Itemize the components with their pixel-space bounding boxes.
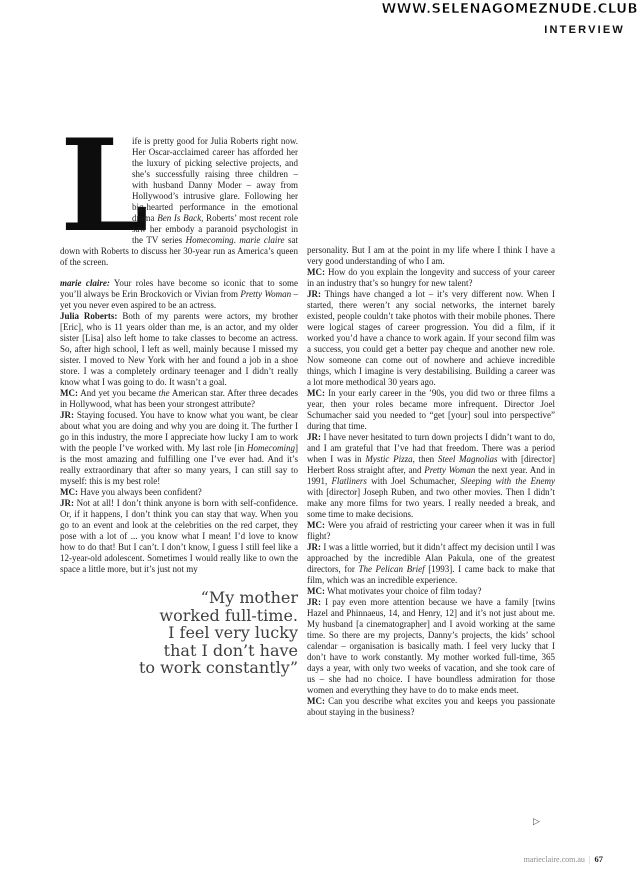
text-segment: Flatliners: [331, 476, 367, 486]
text-segment: I pay even more attention because we hav…: [307, 597, 555, 695]
text-segment: The Pelican Brief: [358, 564, 424, 574]
text-segment: Julia Roberts:: [60, 311, 117, 321]
text-segment: MC:: [60, 487, 78, 497]
text-segment: Steel Magnolias: [438, 454, 498, 464]
text-segment: Both of my parents were actors, my broth…: [60, 311, 298, 387]
text-segment: ife is pretty good for Julia Roberts rig…: [132, 136, 298, 223]
text-segment: JR:: [307, 289, 321, 299]
text-segment: Homecoming: [186, 235, 234, 245]
footer-site: marieclaire.com.au: [524, 855, 585, 864]
text-segment: Pretty Woman: [424, 465, 475, 475]
pull-quote-line: worked full-time.: [60, 607, 298, 625]
intro-paragraph: Life is pretty good for Julia Roberts ri…: [60, 136, 298, 268]
text-segment: Mystic Pizza: [365, 454, 412, 464]
text-segment: Sleeping with the Enemy: [461, 476, 556, 486]
qa-left: marie claire: Your roles have become so …: [60, 278, 298, 575]
body-paragraph: MC: Have you always been confident?: [60, 487, 298, 498]
watermark-text: WWW.SELENAGOMEZNUDE.CLUB: [381, 1, 638, 17]
pull-quote-line: that I don’t have: [60, 642, 298, 660]
body-paragraph: JR: I was a little worried, but it didn’…: [307, 542, 555, 586]
body-paragraph: personality. But I am at the point in my…: [307, 245, 555, 267]
body-paragraph: JR: Staying focused. You have to know wh…: [60, 410, 298, 487]
text-segment: Can you describe what excites you and ke…: [307, 696, 555, 717]
text-segment: MC:: [60, 388, 78, 398]
body-paragraph: JR: I pay even more attention because we…: [307, 597, 555, 696]
footer-divider: |: [589, 855, 591, 864]
text-segment: marie claire:: [60, 278, 110, 288]
body-paragraph: Julia Roberts: Both of my parents were a…: [60, 311, 298, 388]
body-paragraph: MC: Can you describe what excites you an…: [307, 696, 555, 718]
text-segment: What motivates your choice of film today…: [325, 586, 482, 596]
body-paragraph: MC: And yet you became the American star…: [60, 388, 298, 410]
text-segment: MC:: [307, 267, 325, 277]
text-segment: with [director] Joseph Ruben, and two ot…: [307, 487, 555, 519]
text-segment: JR:: [307, 432, 321, 442]
section-label: INTERVIEW: [544, 24, 625, 36]
pull-quote-line: I feel very lucky: [60, 624, 298, 642]
drop-cap: L: [60, 138, 130, 237]
text-segment: Have you always been confident?: [78, 487, 202, 497]
body-paragraph: MC: What motivates your choice of film t…: [307, 586, 555, 597]
text-segment: How do you explain the longevity and suc…: [307, 267, 555, 288]
text-segment: Pretty Woman: [240, 289, 291, 299]
text-segment: And yet you became: [78, 388, 159, 398]
text-segment: marie claire: [239, 235, 284, 245]
pull-quote-line: to work constantly”: [60, 659, 298, 677]
pull-quote-line: “My mother: [60, 589, 298, 607]
text-segment: Were you afraid of restricting your care…: [307, 520, 555, 541]
text-segment: MC:: [307, 586, 325, 596]
footer: marieclaire.com.au|67: [524, 854, 603, 864]
text-segment: MC:: [307, 696, 325, 706]
text-segment: JR:: [60, 498, 74, 508]
body-paragraph: MC: Were you afraid of restricting your …: [307, 520, 555, 542]
text-segment: the: [159, 388, 170, 398]
text-segment: personality. But I am at the point in my…: [307, 245, 555, 266]
text-segment: MC:: [307, 520, 325, 530]
text-segment: JR:: [307, 542, 321, 552]
body-paragraph: JR: Not at all! I don’t think anyone is …: [60, 498, 298, 575]
text-segment: MC:: [307, 388, 325, 398]
text-segment: In your early career in the ’90s, you di…: [307, 388, 555, 431]
text-segment: JR:: [307, 597, 321, 607]
continuation-marker-icon: ▷: [533, 817, 540, 827]
left-column: Life is pretty good for Julia Roberts ri…: [60, 136, 298, 677]
right-column: personality. But I am at the point in my…: [307, 245, 555, 718]
body-paragraph: JR: Things have changed a lot – it’s ver…: [307, 289, 555, 388]
text-segment: with Joel Schumacher,: [367, 476, 461, 486]
text-segment: Homecoming: [247, 443, 295, 453]
footer-page-number: 67: [595, 854, 604, 864]
magazine-page: WWW.SELENAGOMEZNUDE.CLUB INTERVIEW Life …: [0, 0, 640, 884]
body-paragraph: marie claire: Your roles have become so …: [60, 278, 298, 311]
text-segment: , then: [413, 454, 438, 464]
body-paragraph: MC: How do you explain the longevity and…: [307, 267, 555, 289]
body-paragraph: JR: I have never hesitated to turn down …: [307, 432, 555, 520]
body-paragraph: MC: In your early career in the ’90s, yo…: [307, 388, 555, 432]
text-segment: Ben Is Back: [157, 213, 201, 223]
text-segment: Not at all! I don’t think anyone is born…: [60, 498, 298, 574]
pull-quote: “My motherworked full-time.I feel very l…: [60, 589, 298, 677]
text-segment: JR:: [60, 410, 74, 420]
text-segment: Things have changed a lot – it’s very di…: [307, 289, 555, 387]
